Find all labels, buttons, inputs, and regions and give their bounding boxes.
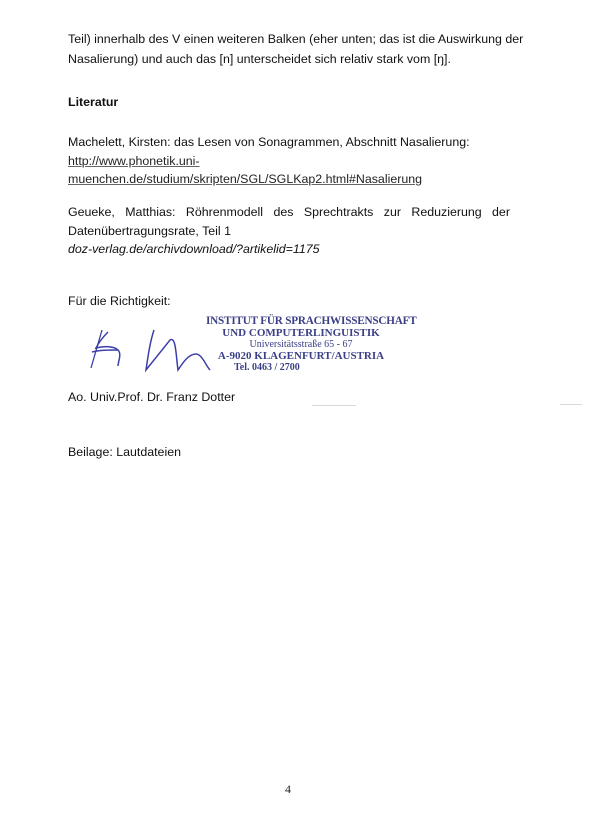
citation-word: des xyxy=(273,203,293,221)
paragraph-line-1: Teil) innerhalb des V einen weiteren Bal… xyxy=(68,30,523,48)
paragraph-line-2: Nasalierung) und auch das [n] unterschei… xyxy=(68,50,451,68)
link-doz-verlag[interactable]: doz-verlag.de/archivdownload/?artikelid=… xyxy=(68,240,320,258)
literature-heading: Literatur xyxy=(68,93,118,111)
scan-artifact xyxy=(312,405,356,406)
citation-word: Geueke, xyxy=(68,203,115,221)
stamp-line-2: UND COMPUTERLINGUISTIK xyxy=(206,328,396,340)
citation-word: Matthias: xyxy=(125,203,175,221)
certification-label: Für die Richtigkeit: xyxy=(68,292,171,310)
stamp-line-1: INSTITUT FÜR SPRACHWISSENSCHAFT xyxy=(206,316,396,328)
signatory-name: Ao. Univ.Prof. Dr. Franz Dotter xyxy=(68,388,235,406)
scan-artifact xyxy=(560,404,582,405)
attachment-note: Beilage: Lautdateien xyxy=(68,443,181,461)
page-number: 4 xyxy=(285,782,291,797)
citation-word: Sprechtrakts xyxy=(304,203,374,221)
link-phonetik-line2[interactable]: muenchen.de/studium/skripten/SGL/SGLKap2… xyxy=(68,170,422,188)
citation-machelett: Machelett, Kirsten: das Lesen von Sonagr… xyxy=(68,133,470,151)
citation-word: Reduzierung xyxy=(411,203,481,221)
stamp-line-4: A-9020 KLAGENFURT/AUSTRIA xyxy=(206,351,396,363)
citation-geueke-line2: Datenübertragungsrate, Teil 1 xyxy=(68,222,231,240)
citation-geueke-line1: Geueke,Matthias:RöhrenmodelldesSprechtra… xyxy=(68,203,510,221)
citation-word: der xyxy=(492,203,510,221)
citation-word: zur xyxy=(384,203,401,221)
link-phonetik-line1[interactable]: http://www.phonetik.uni- xyxy=(68,152,200,170)
citation-word: Röhrenmodell xyxy=(186,203,263,221)
stamp-line-5: Tel. 0463 / 2700 xyxy=(206,362,396,374)
institute-stamp: INSTITUT FÜR SPRACHWISSENSCHAFT UND COMP… xyxy=(206,316,396,374)
stamp-line-3: Universitätsstraße 65 - 67 xyxy=(206,339,396,351)
signature-mark xyxy=(88,326,218,376)
